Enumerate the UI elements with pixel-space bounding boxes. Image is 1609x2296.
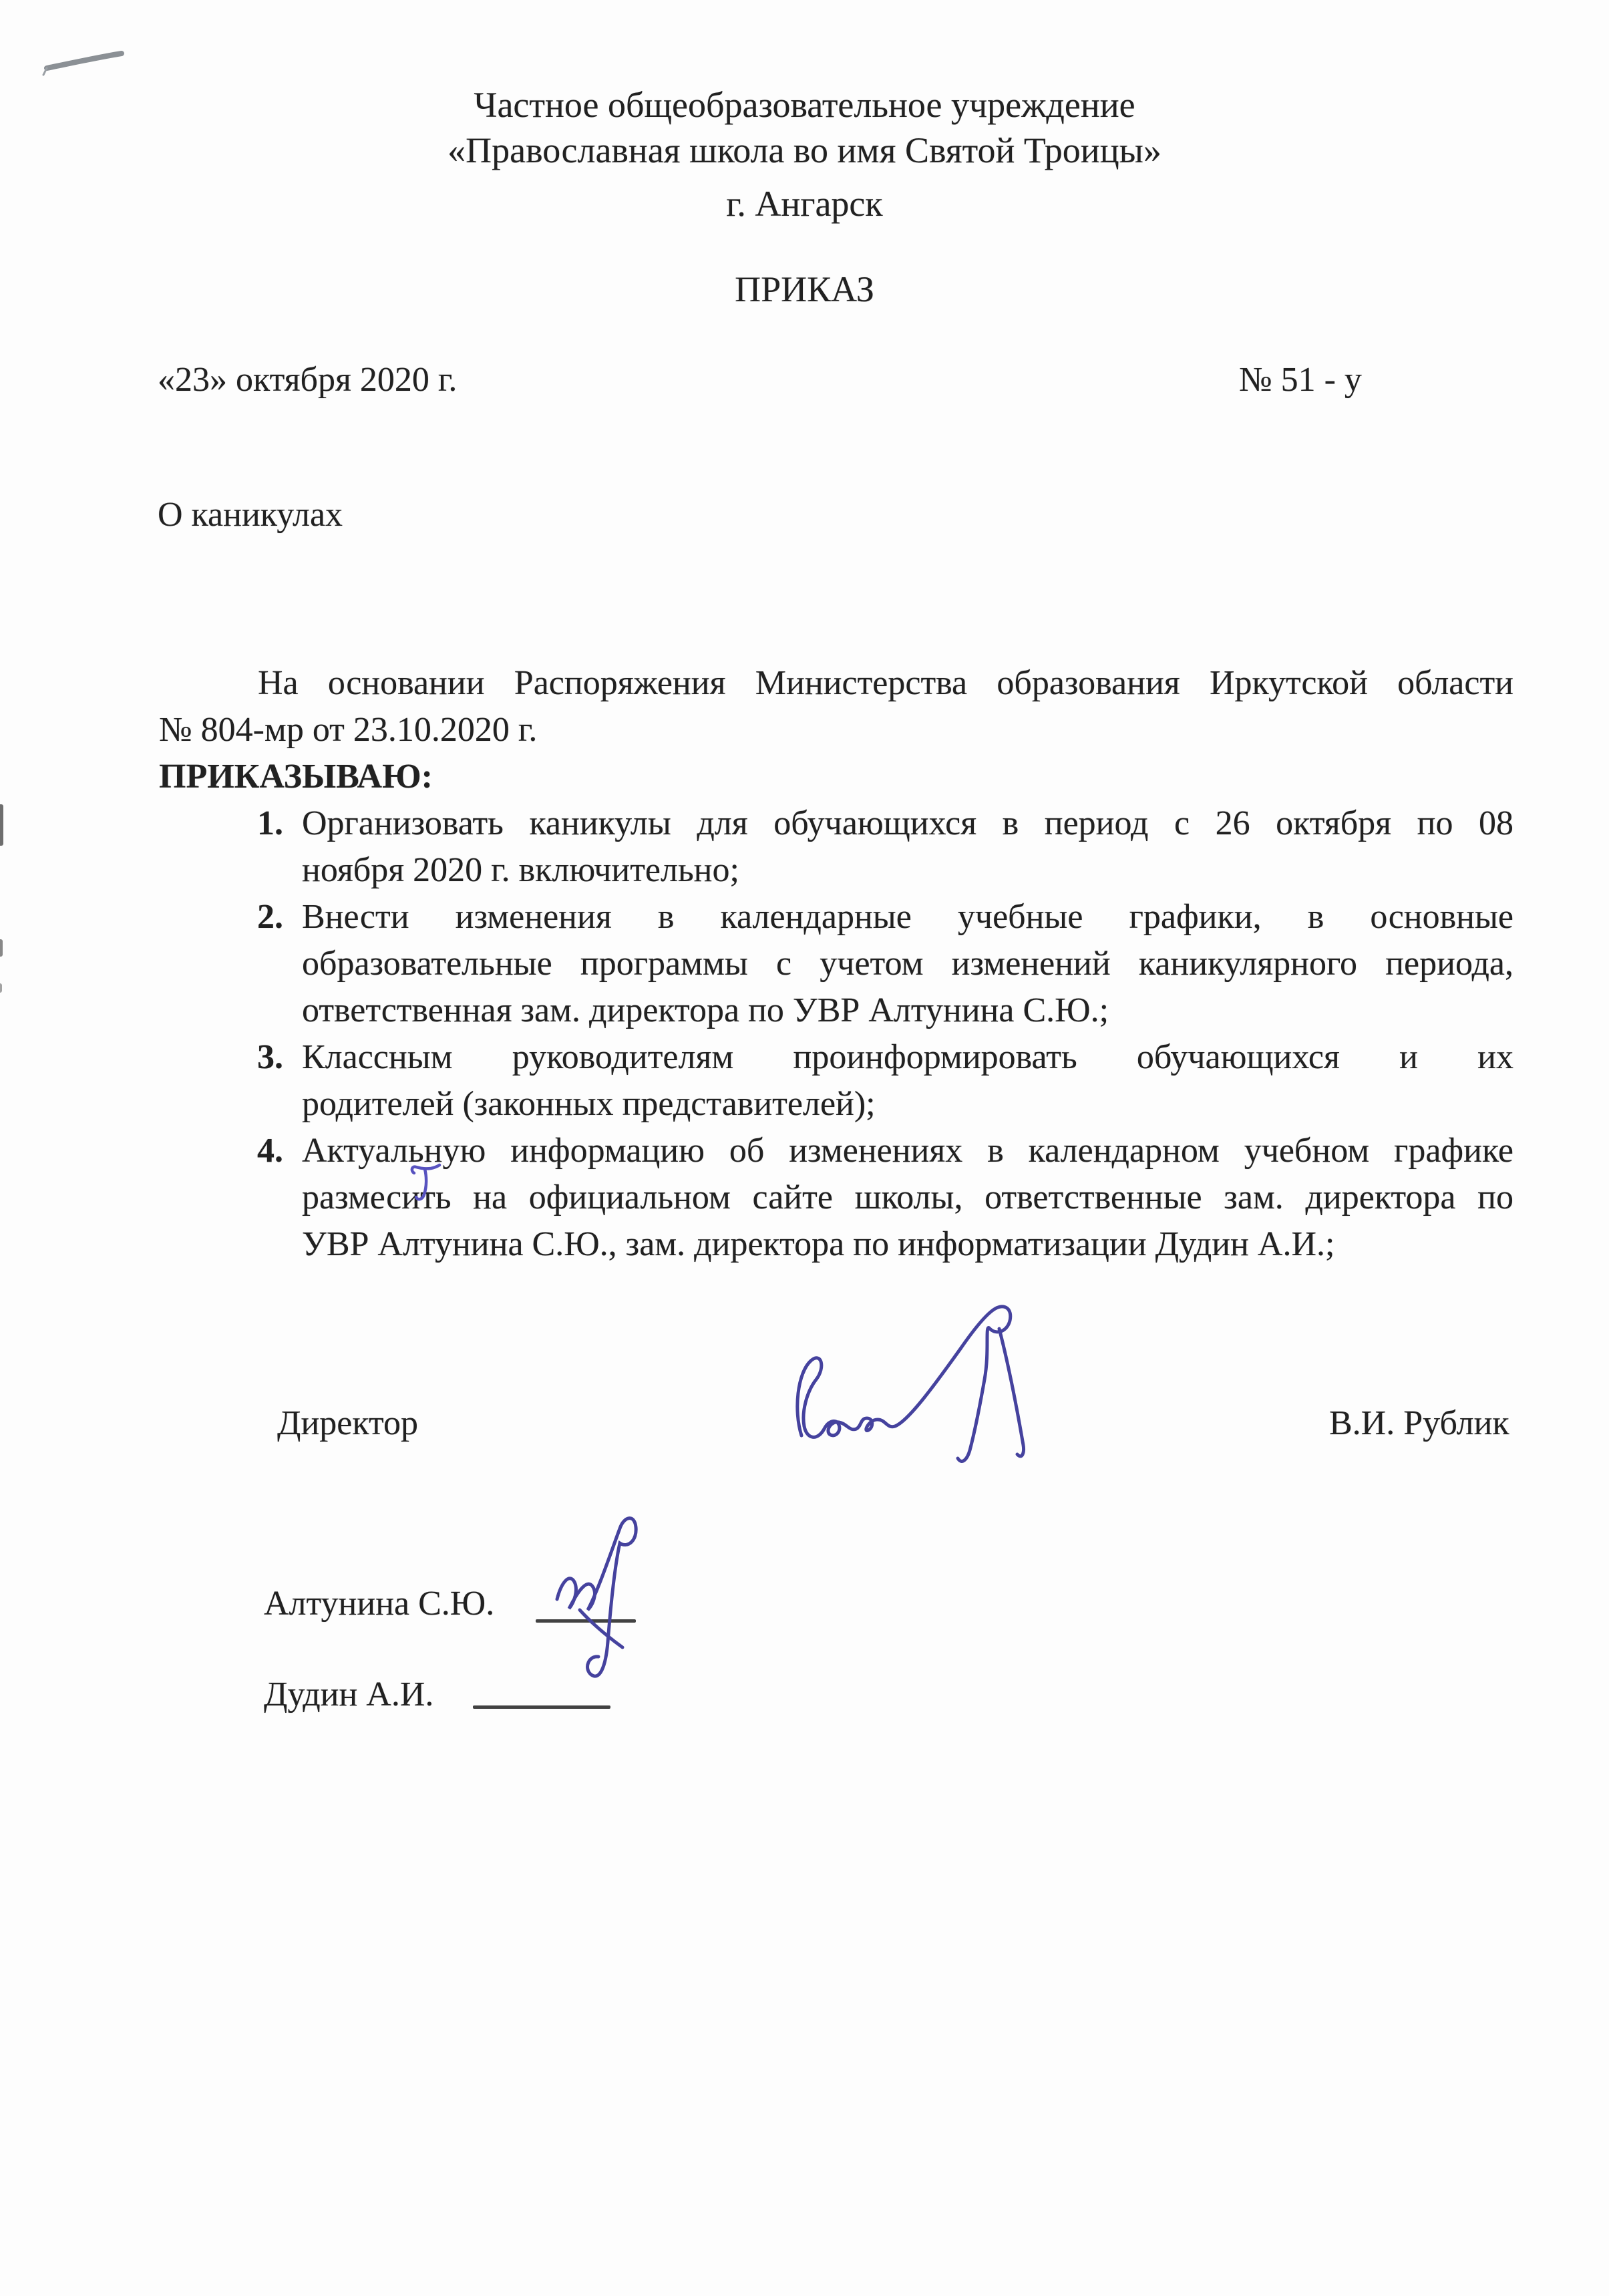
order-item-4-line-2: размесить на официальном сайте школы, от… <box>159 1174 1513 1221</box>
order-body: На основании Распоряжения Министерства о… <box>159 660 1513 1268</box>
staple-streak-artifact <box>40 47 134 79</box>
order-item-3-line-2: родителей (законных представителей); <box>159 1081 1513 1128</box>
order-item-4-line-1: 4.Актуальную информацию об изменениях в … <box>159 1128 1513 1174</box>
coordinator1-label: Алтунина С.Ю. <box>264 1581 494 1627</box>
list-number-1: 1. <box>257 800 283 847</box>
order-item-2-line-2: образовательные программы с учетом измен… <box>159 941 1513 987</box>
signature-underline-2 <box>473 1705 610 1709</box>
list-number-4: 4. <box>257 1128 283 1174</box>
handwritten-t-correction-icon <box>409 1162 443 1208</box>
page-edge-artifact-1 <box>0 804 3 846</box>
preamble-line-1: На основании Распоряжения Министерства о… <box>159 660 1513 707</box>
director-name: В.И. Рублик <box>1329 1400 1509 1447</box>
order-item-3-text-1: Классным руководителям проинформировать … <box>302 1038 1513 1076</box>
director-label: Директор <box>277 1400 418 1447</box>
doc-number: № 51 - у <box>1239 357 1362 403</box>
list-number-2: 2. <box>257 894 283 941</box>
order-item-3-line-1: 3.Классным руководителям проинформироват… <box>159 1034 1513 1081</box>
order-item-4-line-3: УВР Алтунина С.Ю., зам. директора по инф… <box>159 1221 1513 1268</box>
page-edge-artifact-3 <box>0 983 2 993</box>
order-item-2-line-3: ответственная зам. директора по УВР Алту… <box>159 987 1513 1034</box>
org-city: г. Ангарск <box>0 182 1609 226</box>
preamble-line-2: № 804-мр от 23.10.2020 г. <box>159 707 1513 754</box>
order-item-1-text-1: Организовать каникулы для обучающихся в … <box>302 804 1513 842</box>
order-item-2-text-1: Внести изменения в календарные учебные г… <box>302 898 1513 936</box>
subject-line: О каникулах <box>158 492 343 538</box>
coordinator2-label: Дудин А.И. <box>264 1671 433 1718</box>
page-edge-artifact-2 <box>0 939 3 957</box>
order-item-1-line-2: ноября 2020 г. включительно; <box>159 847 1513 894</box>
coordinator1-signature-ink <box>546 1508 683 1693</box>
order-keyword: ПРИКАЗЫВАЮ: <box>159 754 1513 800</box>
order-item-4-text-1: Актуальную информацию об изменениях в ка… <box>302 1132 1513 1170</box>
director-signature-ink <box>755 1293 1089 1472</box>
org-name-line1: Частное общеобразовательное учреждение <box>0 83 1609 127</box>
doc-title: ПРИКАЗ <box>0 267 1609 311</box>
order-item-1-line-1: 1.Организовать каникулы для обучающихся … <box>159 800 1513 847</box>
order-item-2-line-1: 2.Внести изменения в календарные учебные… <box>159 894 1513 941</box>
scanned-order-document: { "page": { "org_name_line1": "Частное о… <box>0 0 1609 2296</box>
org-name-line2: «Православная школа во имя Святой Троицы… <box>0 128 1609 172</box>
doc-date: «23» октября 2020 г. <box>158 357 457 403</box>
list-number-3: 3. <box>257 1034 283 1081</box>
